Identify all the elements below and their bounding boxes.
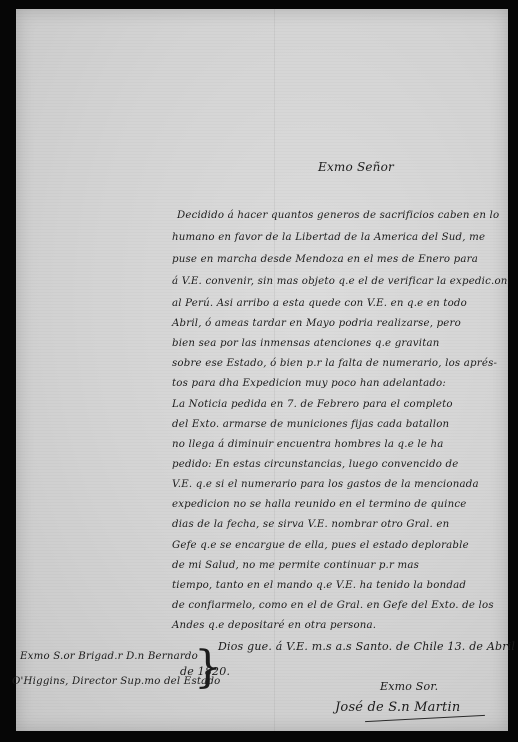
body-line: tiempo, tanto en el mando q.e V.E. ha te… xyxy=(172,581,466,591)
body-line: dias de la fecha, se sirva V.E. nombrar … xyxy=(172,520,449,530)
body-line: Decidido á hacer quantos generos de sacr… xyxy=(177,211,499,221)
body-line: al Perú. Asi arribo a esta quede con V.E… xyxy=(172,299,467,309)
body-line: pedido: En estas circunstancias, luego c… xyxy=(172,460,458,470)
addressee-brace: } xyxy=(194,646,222,690)
body-line: del Exto. armarse de municiones fijas ca… xyxy=(172,420,449,430)
addressee-line: Exmo S.or Brigad.r D.n Bernardo xyxy=(20,652,198,662)
body-line: expedicion no se halla reunido en el ter… xyxy=(172,500,467,510)
salutation: Exmo Señor xyxy=(318,160,394,174)
body-line: Abril, ó ameas tardar en Mayo podria rea… xyxy=(172,319,461,329)
body-line: no llega á diminuir encuentra hombres la… xyxy=(172,440,444,450)
body-line: bien sea por las inmensas atenciones q.e… xyxy=(172,339,440,349)
body-line: de mi Salud, no me permite continuar p.r… xyxy=(172,561,419,571)
body-line: Andes q.e depositaré en otra persona. xyxy=(172,621,376,631)
signature: José de S.n Martin xyxy=(335,700,460,715)
body-line: La Noticia pedida en 7. de Febrero para … xyxy=(172,400,453,410)
body-line: V.E. q.e si el numerario para los gastos… xyxy=(172,480,479,490)
body-line: sobre ese Estado, ó bien p.r la falta de… xyxy=(172,359,497,369)
complimentary-close: Exmo Sor. xyxy=(380,680,438,693)
body-line: Gefe q.e se encargue de ella, pues el es… xyxy=(172,541,469,551)
scanned-document: Exmo Señor Decidido á hacer quantos gene… xyxy=(0,0,518,742)
addressee-line: O'Higgins, Director Sup.mo del Estado xyxy=(12,677,221,687)
body-line: de confiarmelo, como en el de Gral. en G… xyxy=(172,601,494,611)
body-line: humano en favor de la Libertad de la Ame… xyxy=(172,233,485,243)
date-line: Dios gue. á V.E. m.s a.s Santo. de Chile… xyxy=(218,640,515,653)
body-line: puse en marcha desde Mendoza en el mes d… xyxy=(172,255,478,265)
body-line: á V.E. convenir, sin mas objeto q.e el d… xyxy=(172,277,508,287)
body-line: tos para dha Expedicion muy poco han ade… xyxy=(172,379,446,389)
